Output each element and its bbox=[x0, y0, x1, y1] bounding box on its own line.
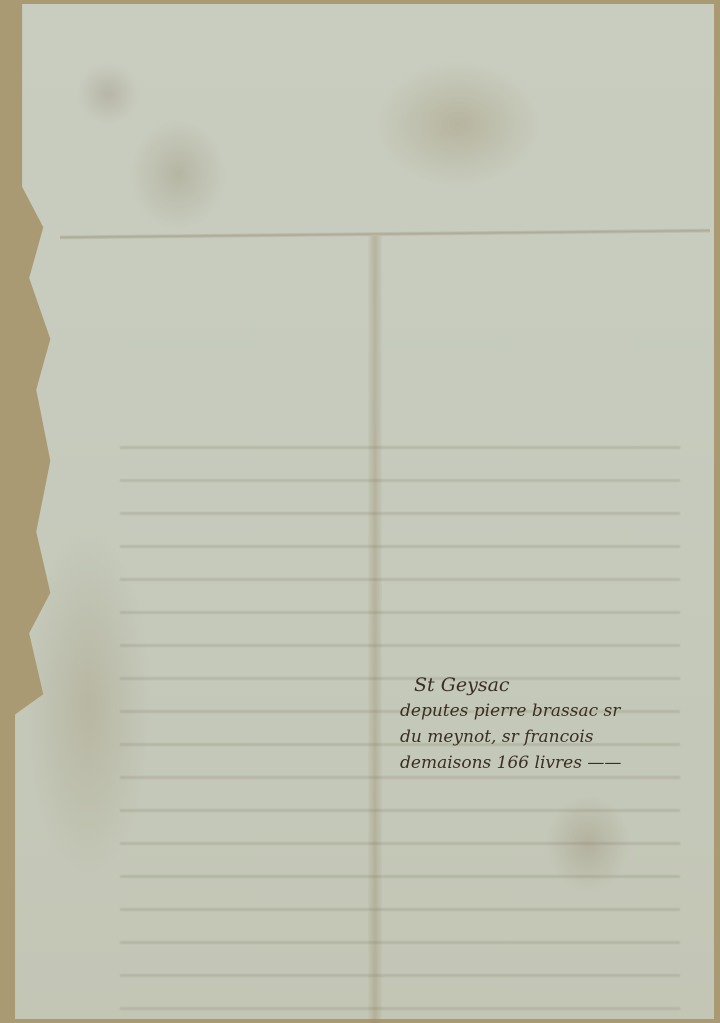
annotation-title: St Geysac bbox=[400, 672, 710, 698]
annotation-line: deputes pierre brassac sr bbox=[400, 698, 710, 724]
annotation-line: demaisons 166 livres —— bbox=[400, 750, 710, 776]
annotation-line: du meynot, sr francois bbox=[400, 724, 710, 750]
docket-annotation: St Geysac deputes pierre brassac sr du m… bbox=[400, 672, 710, 776]
